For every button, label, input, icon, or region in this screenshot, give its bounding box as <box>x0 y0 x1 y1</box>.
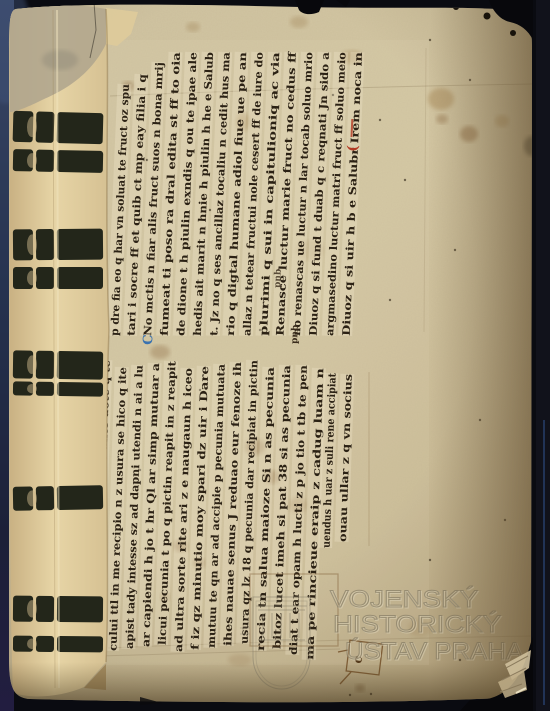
speck <box>379 119 381 121</box>
speck <box>404 179 406 181</box>
speck <box>389 299 391 301</box>
wormhole <box>510 30 516 36</box>
bottom-edge-shade <box>8 662 532 704</box>
red-underline <box>352 119 353 137</box>
background-blue-line <box>543 420 545 705</box>
red-paraph-mark: ( <box>345 145 361 152</box>
blue-paraph-mark: C <box>141 334 156 345</box>
spine-smudge <box>42 50 78 70</box>
book-cover: p dre fia eo q har vn soluat te fruct oz… <box>0 0 550 711</box>
stain <box>186 22 200 32</box>
margin-note-2: pnb <box>273 269 284 289</box>
stain <box>150 345 170 359</box>
right-edge-shade <box>430 5 533 701</box>
photo-canvas: p dre fia eo q har vn soluat te fruct oz… <box>0 0 550 711</box>
manuscript-book-photo: p dre fia eo q har vn soluat te fruct oz… <box>0 0 550 711</box>
margin-note: pnb <box>290 325 301 345</box>
stain <box>290 16 308 28</box>
wormhole <box>484 13 491 20</box>
